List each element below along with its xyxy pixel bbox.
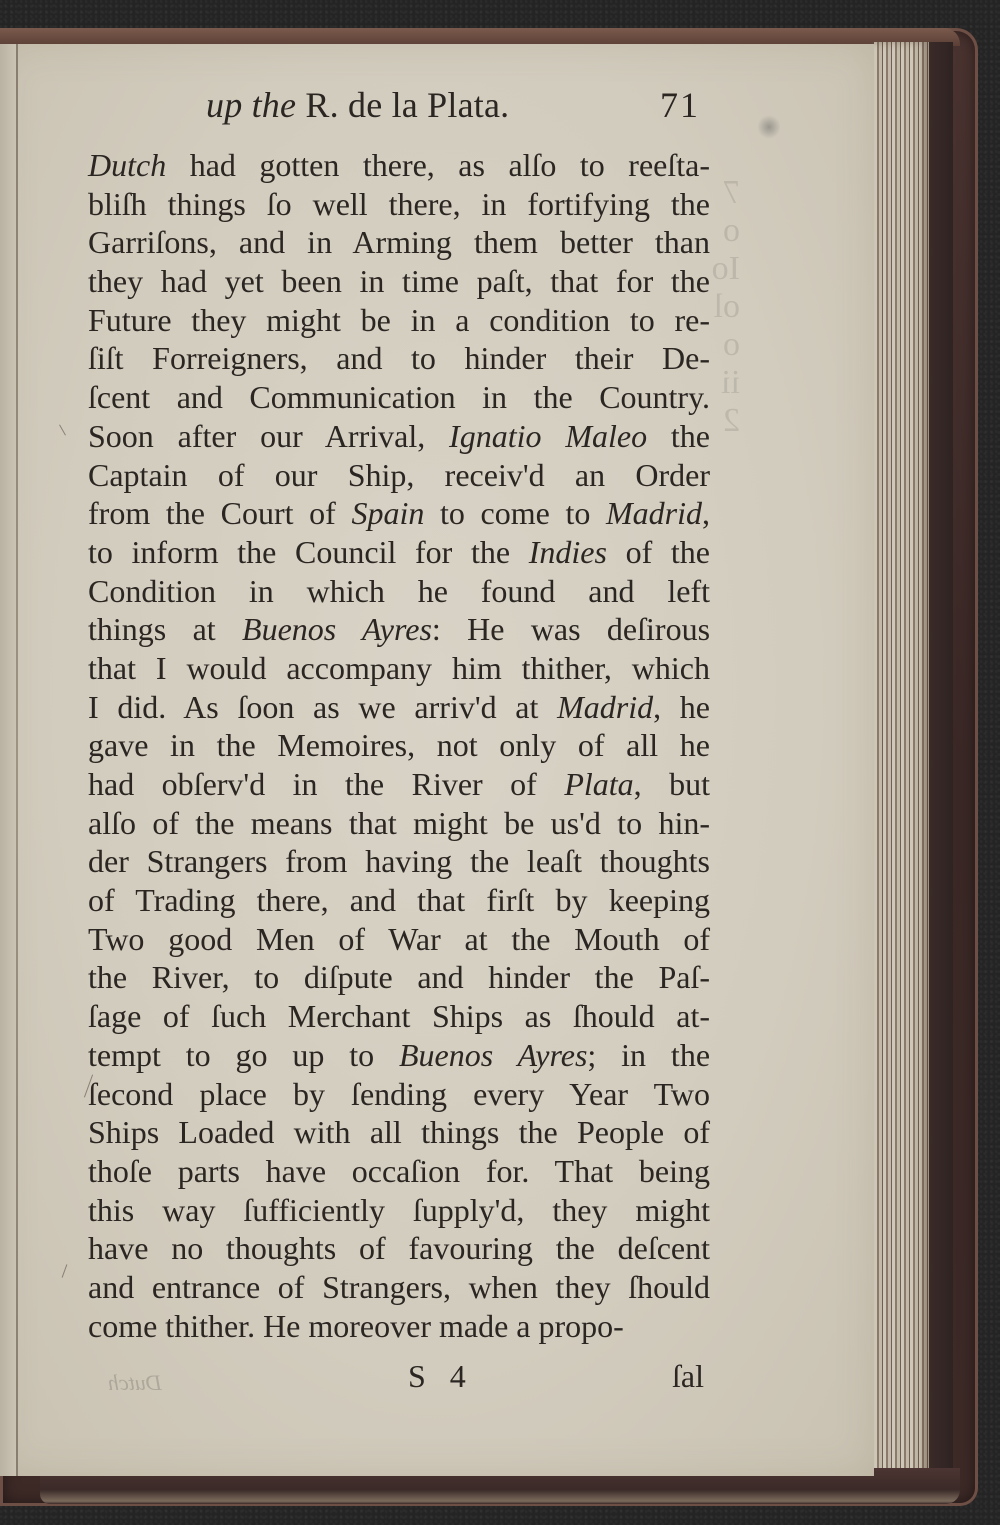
text-line: alſo of the means that might be us'd to … — [88, 804, 710, 843]
text-run: alſo of the means that might be us'd to … — [88, 805, 710, 841]
text-line: der Strangers from having the leaſt thou… — [88, 842, 710, 881]
text-line: ſiſt Forreigners, and to hinder their De… — [88, 339, 710, 378]
text-run: der Strangers from having the leaſt thou… — [88, 843, 710, 879]
text-run: I did. As ſoon as we arriv'd at — [88, 689, 557, 725]
text-run: that I would accompany him thither, whic… — [88, 650, 710, 686]
text-run: come thither. He moreover made a propo- — [88, 1308, 624, 1344]
running-title: up the R. de la Plata. — [206, 84, 509, 126]
text-run: , but — [634, 766, 710, 802]
text-run: of Trading there, and that firſt by keep… — [88, 882, 710, 918]
page-number: 71 — [660, 84, 700, 126]
text-line: this way ſufficiently ſupply'd, they mig… — [88, 1191, 710, 1230]
text-run: ; in the — [587, 1037, 710, 1073]
text-line: Two good Men of War at the Mouth of — [88, 920, 710, 959]
bleed-through-catchword: Dutch — [108, 1370, 162, 1396]
italic-run: Madrid — [606, 495, 702, 531]
text-run: ſiſt Forreigners, and to hinder their De… — [88, 340, 710, 376]
text-run: thoſe parts have occaſion for. That bein… — [88, 1153, 710, 1189]
text-run: Condition in which he found and left — [88, 573, 710, 609]
italic-run: Buenos Ayres — [242, 611, 432, 647]
text-line: ſage of ſuch Merchant Ships as ſhould at… — [88, 997, 710, 1036]
text-line: Condition in which he found and left — [88, 572, 710, 611]
text-line: of Trading there, and that firſt by keep… — [88, 881, 710, 920]
book-cover-fore-edge — [927, 42, 953, 1482]
text-line: Future they might be in a condition to r… — [88, 301, 710, 340]
text-run: tempt to go up to — [88, 1037, 399, 1073]
running-title-italic: up the — [206, 85, 296, 125]
text-run: : He was deſirous — [432, 611, 710, 647]
text-line: Dutch had gotten there, as alſo to reeſt… — [88, 146, 710, 185]
running-title-roman: R. de la Plata. — [305, 85, 509, 125]
text-line: bliſh things ſo well there, in fortifyin… — [88, 185, 710, 224]
body-text: Dutch had gotten there, as alſo to reeſt… — [88, 146, 710, 1345]
text-run: things at — [88, 611, 242, 647]
text-line: things at Buenos Ayres: He was deſirous — [88, 610, 710, 649]
text-run: from the Court of — [88, 495, 351, 531]
italic-run: Buenos Ayres — [399, 1037, 587, 1073]
italic-run: Madrid — [557, 689, 653, 725]
text-line: to inform the Council for the Indies of … — [88, 533, 710, 572]
text-line: thoſe parts have occaſion for. That bein… — [88, 1152, 710, 1191]
text-run: had obſerv'd in the River of — [88, 766, 564, 802]
gutter-fold — [16, 44, 18, 1476]
text-line: Soon after our Arrival, Ignatio Maleo th… — [88, 417, 710, 456]
text-line: Ships Loaded with all things the People … — [88, 1113, 710, 1152]
italic-run: Indies — [529, 534, 607, 570]
ink-smudge — [758, 114, 780, 140]
italic-run: Ignatio Maleo — [449, 418, 647, 454]
text-line: have no thoughts of favouring the deſcen… — [88, 1229, 710, 1268]
text-run: gave in the Memoires, not only of all he — [88, 727, 710, 763]
text-run: they had yet been in time paſt, that for… — [88, 263, 710, 299]
text-line: they had yet been in time paſt, that for… — [88, 262, 710, 301]
text-run: , — [702, 495, 710, 531]
text-run: and entrance of Strangers, when they ſho… — [88, 1269, 710, 1305]
text-run: the River, to diſpute and hinder the Paſ… — [88, 959, 710, 995]
running-head: up the R. de la Plata. 71 — [88, 84, 708, 134]
italic-run: Dutch — [88, 147, 166, 183]
text-line: the River, to diſpute and hinder the Paſ… — [88, 958, 710, 997]
text-line: gave in the Memoires, not only of all he — [88, 726, 710, 765]
italic-run: Plata — [564, 766, 633, 802]
text-run: of the — [607, 534, 710, 570]
text-run: Captain of our Ship, receiv'd an Order — [88, 457, 710, 493]
page-edges-stack — [872, 42, 929, 1482]
text-run: Ships Loaded with all things the People … — [88, 1114, 710, 1150]
text-run: Garriſons, and in Arming them better tha… — [88, 224, 710, 260]
text-line: from the Court of Spain to come to Madri… — [88, 494, 710, 533]
text-run: Two good Men of War at the Mouth of — [88, 921, 710, 957]
text-line: I did. As ſoon as we arriv'd at Madrid, … — [88, 688, 710, 727]
text-run: ſcent and Communication in the Country. — [88, 379, 710, 415]
text-run: this way ſufficiently ſupply'd, they mig… — [88, 1192, 710, 1228]
text-run: to inform the Council for the — [88, 534, 529, 570]
text-run: have no thoughts of favouring the deſcen… — [88, 1230, 710, 1266]
text-line: ſcent and Communication in the Country. — [88, 378, 710, 417]
text-line: come thither. He moreover made a propo- — [88, 1307, 710, 1346]
text-run: to come to — [424, 495, 606, 531]
text-line: and entrance of Strangers, when they ſho… — [88, 1268, 710, 1307]
italic-run: Spain — [351, 495, 424, 531]
text-run: Future they might be in a condition to r… — [88, 302, 710, 338]
margin-mark — [62, 1264, 68, 1277]
text-run: ſage of ſuch Merchant Ships as ſhould at… — [88, 998, 710, 1034]
text-line: that I would accompany him thither, whic… — [88, 649, 710, 688]
catchword: ſal — [672, 1358, 704, 1395]
text-run: , he — [653, 689, 710, 725]
text-line: Captain of our Ship, receiv'd an Order — [88, 456, 710, 495]
text-run: ſecond place by ſending every Year Two — [88, 1076, 710, 1112]
text-run: the — [647, 418, 710, 454]
text-line: tempt to go up to Buenos Ayres; in the — [88, 1036, 710, 1075]
margin-mark — [59, 425, 66, 436]
signature-mark: S 4 — [408, 1358, 474, 1395]
text-run: Soon after our Arrival, — [88, 418, 449, 454]
text-run: had gotten there, as alſo to reeſta- — [166, 147, 710, 183]
text-line: ſecond place by ſending every Year Two — [88, 1075, 710, 1114]
text-line: Garriſons, and in Arming them better tha… — [88, 223, 710, 262]
text-line: had obſerv'd in the River of Plata, but — [88, 765, 710, 804]
text-run: bliſh things ſo well there, in fortifyin… — [88, 186, 710, 222]
